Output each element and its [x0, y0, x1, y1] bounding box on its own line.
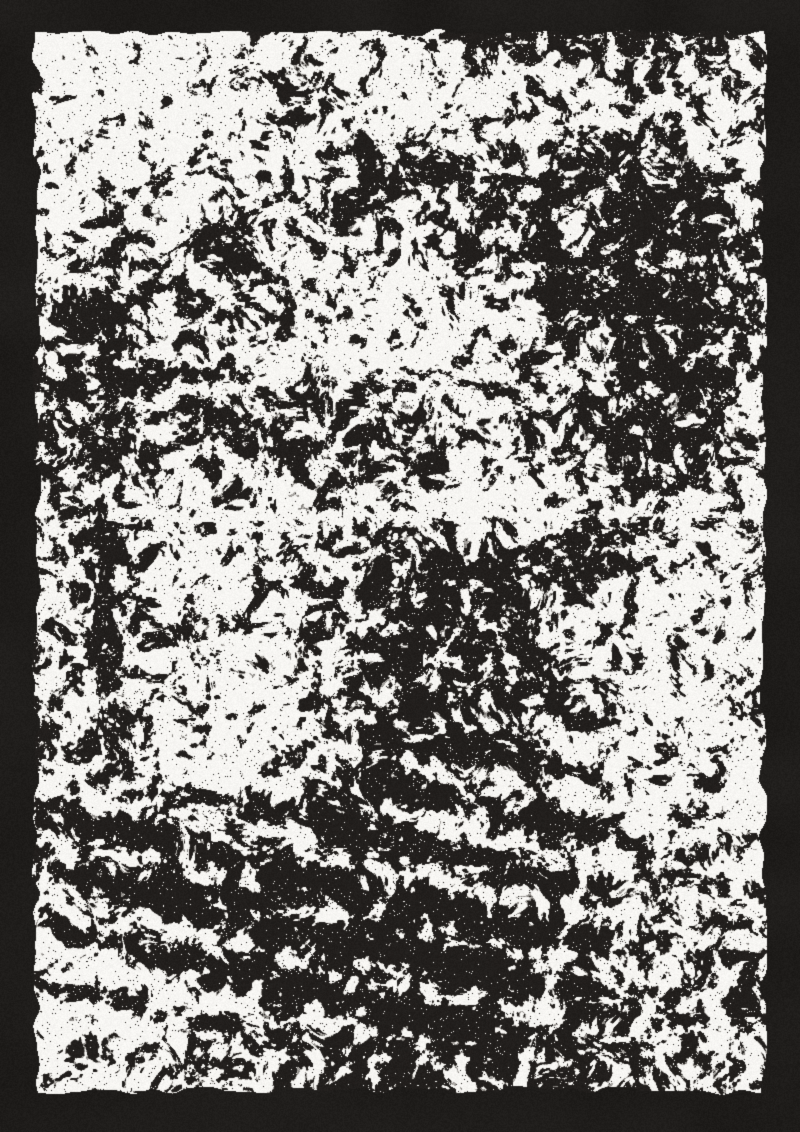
photocopy-page [0, 0, 800, 1132]
binarized-photo-canvas [0, 0, 800, 1132]
